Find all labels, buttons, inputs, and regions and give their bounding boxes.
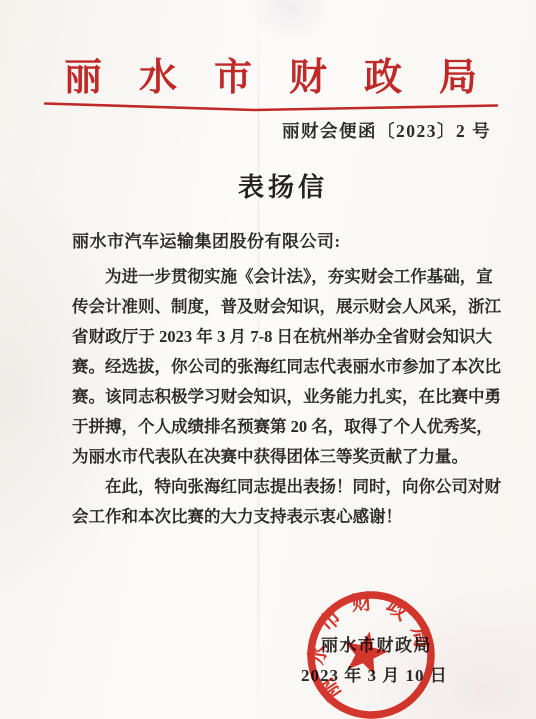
letterhead-agency-name: 丽水市财政局 [64,56,536,100]
letter-salutation: 丽水市汽车运输集团股份有限公司: [72,229,341,255]
letter-body-line: 为丽水市代表队在决赛中获得团体三等奖贡献了力量。 [72,442,492,472]
letter-body-line: 省财政厅于 2023 年 3 月 7-8 日在杭州举办全省财会知识大 [72,322,492,352]
letter-body-line: 在此，特向张海红同志提出表扬！同时，向你公司对财 [72,472,492,502]
letter-title: 表扬信 [238,172,328,204]
doc-reference-number: 丽财会便函〔2023〕2 号 [282,119,491,143]
seal-star-icon [340,627,392,677]
letter-body-line: 为进一步贯彻实施《会计法》，夯实财会工作基础，宣 [72,262,492,292]
official-seal: 丽水市财政局 [303,587,440,719]
letter-body-line: 会工作和本次比赛的大力支持表示衷心感谢！ [72,502,492,532]
commendation-letter-page: 丽水市财政局 丽财会便函〔2023〕2 号 表扬信 丽水市汽车运输集团股份有限公… [0,0,536,719]
letter-body-line: 传会计准则、制度，普及财会知识，展示财会人风采，浙江 [72,292,492,322]
letterhead-divider-line [44,100,500,114]
letter-body-line: 赛。该同志积极学习财会知识，业务能力扎实，在比赛中勇 [72,382,492,412]
letter-body-line: 于拼搏，个人成绩排名预赛第 20 名，取得了个人优秀奖， [72,412,492,442]
letter-body: 为进一步贯彻实施《会计法》，夯实财会工作基础，宣 传会计准则、制度，普及财会知识… [72,262,492,532]
letter-body-line: 赛。经选拔，你公司的张海红同志代表丽水市参加了本次比 [72,352,492,382]
